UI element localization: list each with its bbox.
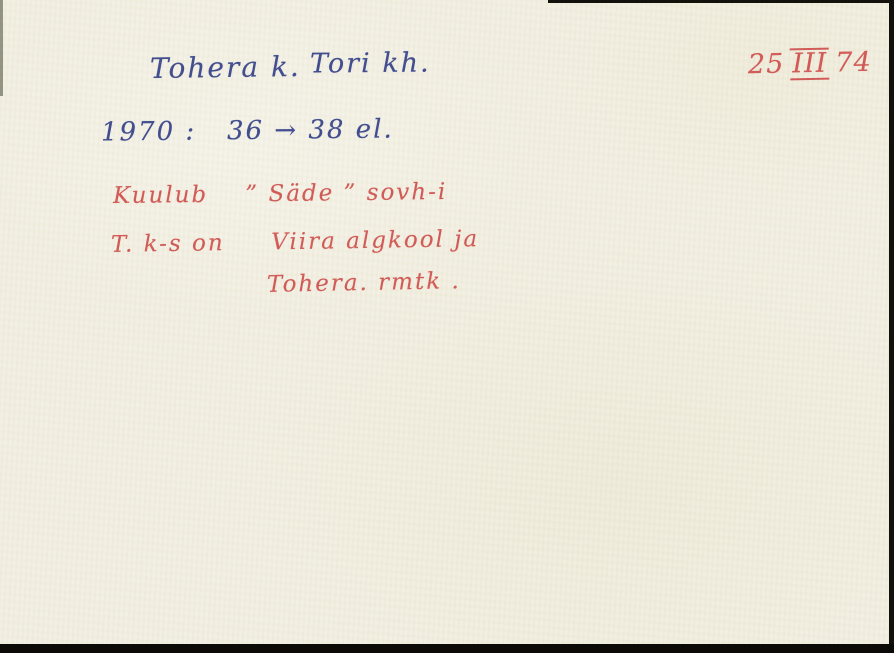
- library-note-line: Tohera. rmtk .: [267, 270, 461, 297]
- scan-edge-right: [889, 0, 894, 653]
- card-title-parish: Tori kh.: [310, 49, 431, 77]
- index-card-paper: Tohera k. Tori kh. 25III74 1970 : 36 → 3…: [0, 0, 889, 644]
- date-month-roman-numeral: III: [790, 48, 830, 81]
- scan-edge-top: [548, 0, 894, 3]
- scanned-index-card: Tohera k. Tori kh. 25III74 1970 : 36 → 3…: [0, 0, 894, 653]
- population-note-line: 1970 : 36 → 38 el.: [101, 116, 394, 145]
- date-year: 74: [835, 47, 872, 79]
- date-stamp: 25III74: [748, 47, 872, 82]
- card-title-place: Tohera k.: [150, 53, 301, 83]
- scan-edge-bottom: [0, 644, 894, 653]
- scan-edge-left: [0, 0, 3, 96]
- date-day: 25: [748, 49, 785, 81]
- school-note-line: T. k-s on Viira algkool ja: [111, 228, 479, 257]
- belongs-to-sovkhoz-line: Kuulub ” Säde ” sovh-i: [113, 181, 448, 208]
